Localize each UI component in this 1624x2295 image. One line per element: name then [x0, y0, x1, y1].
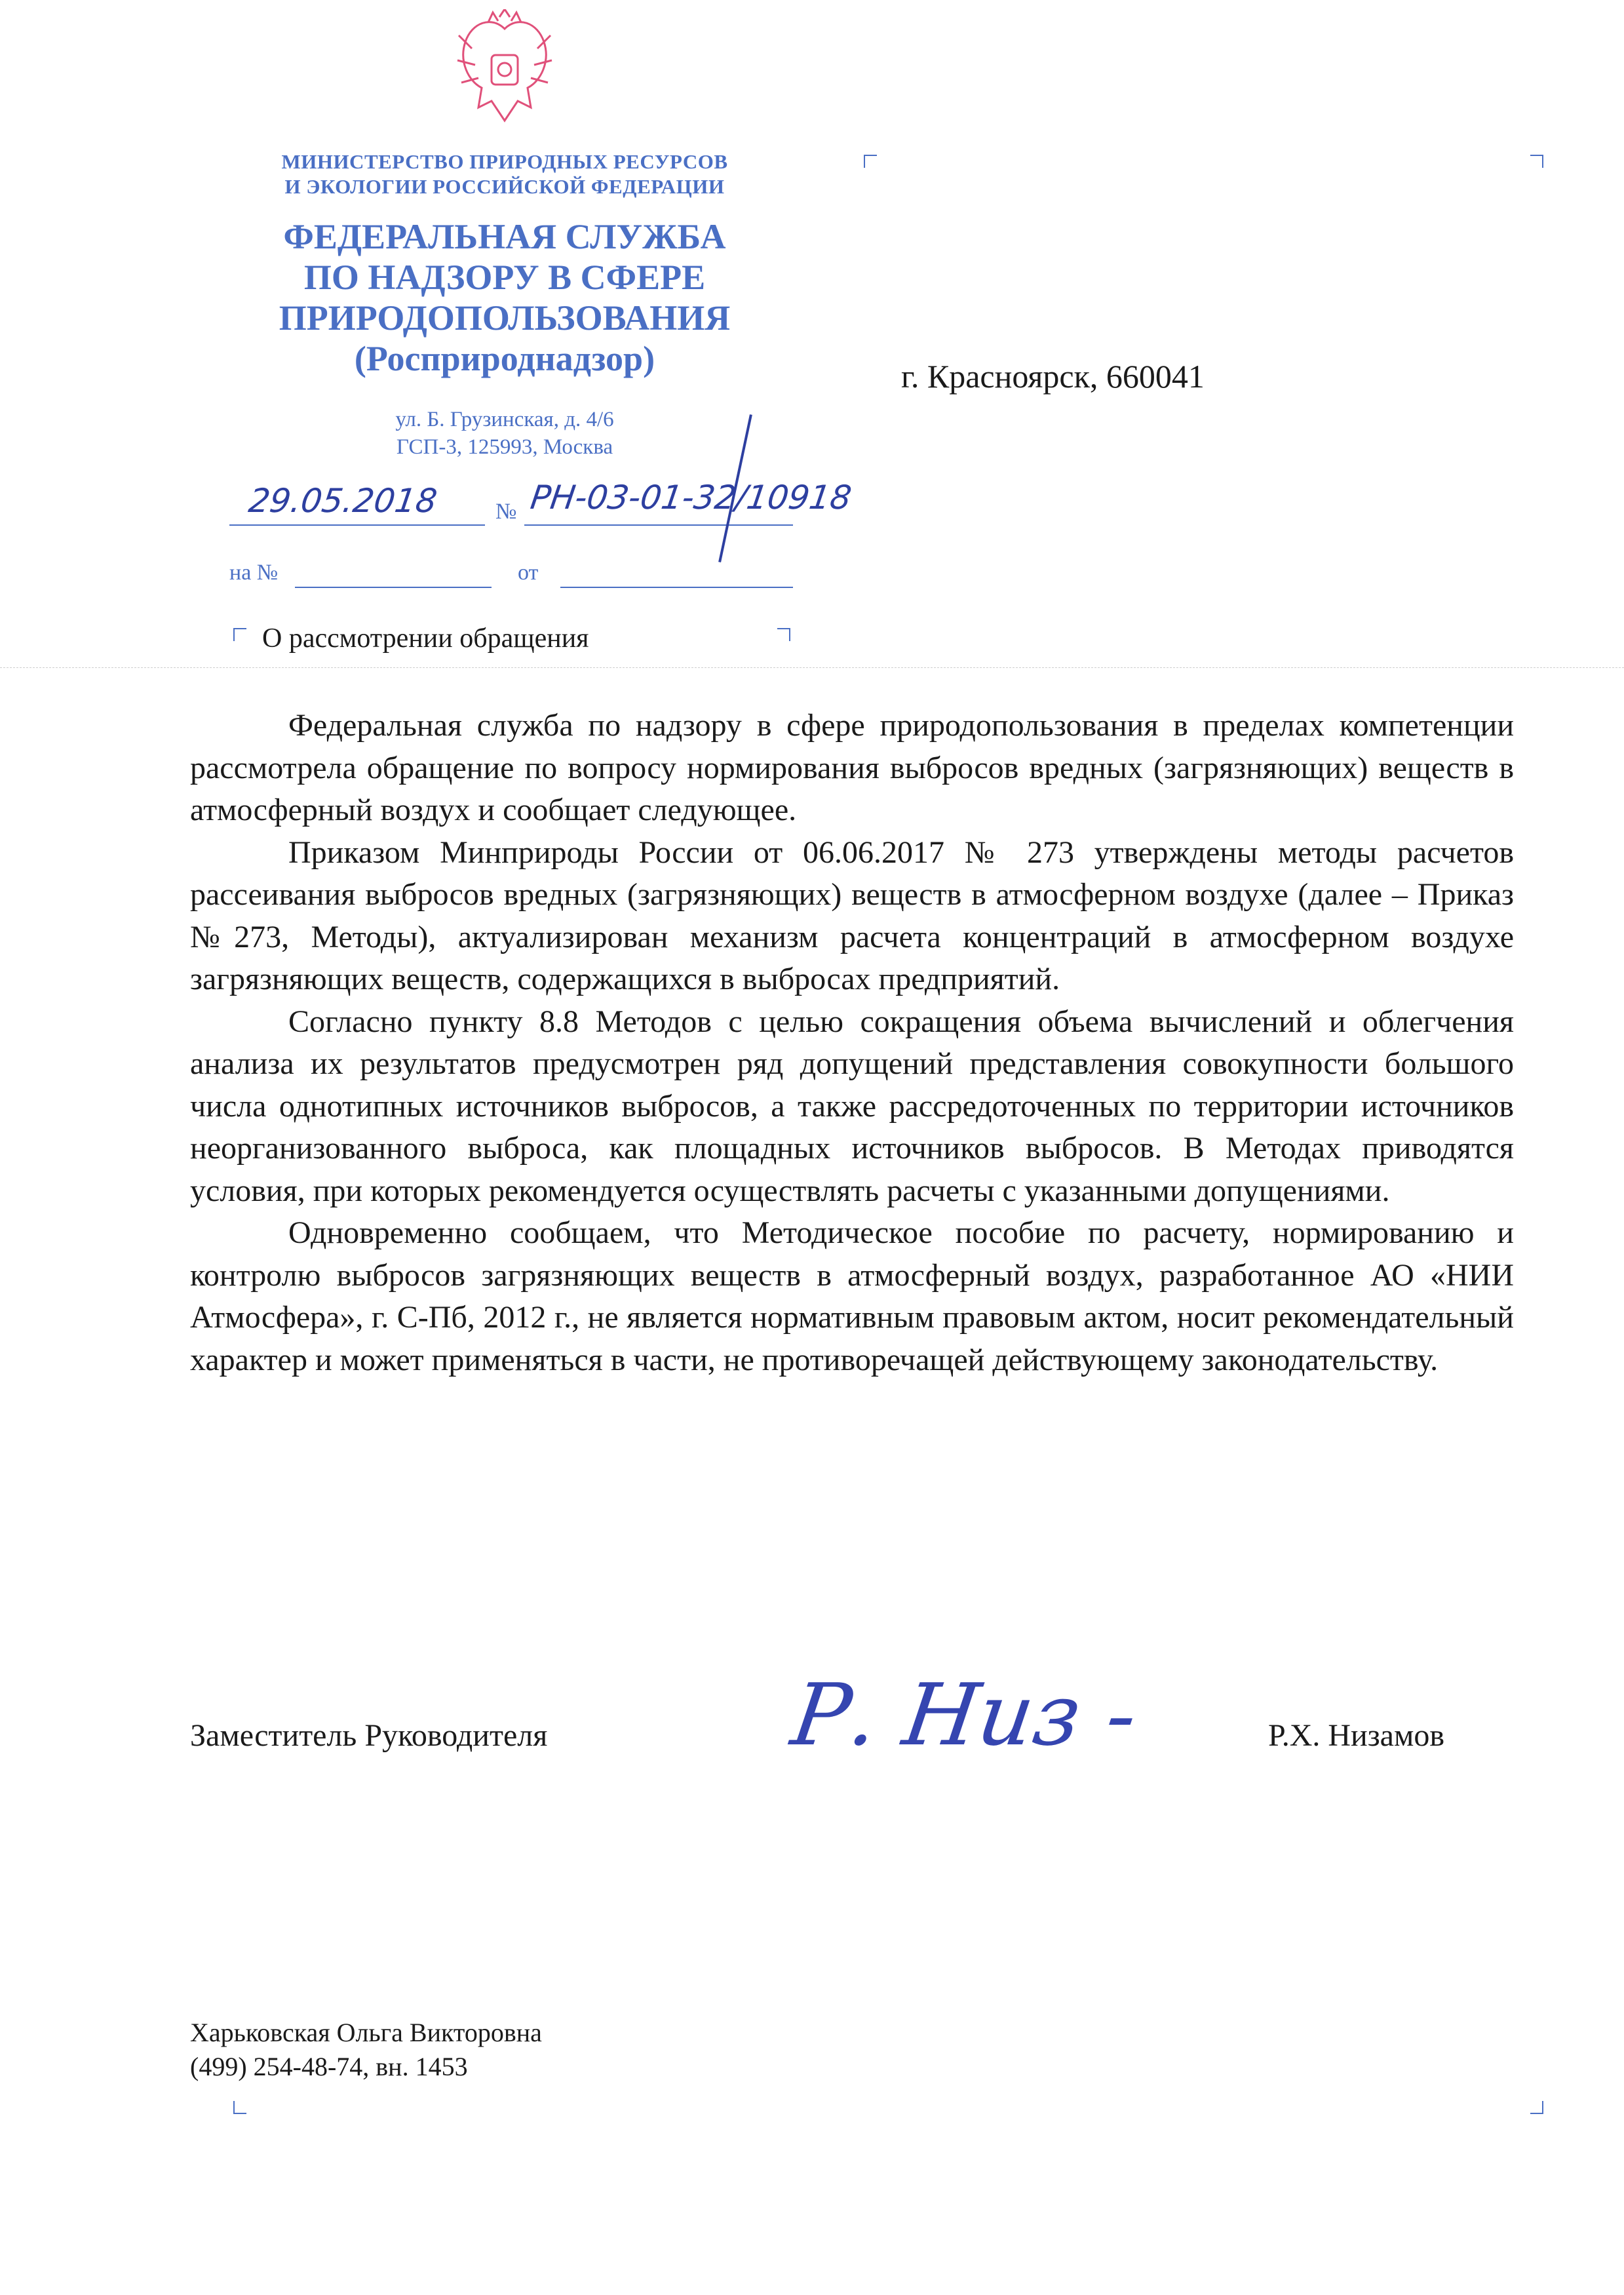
executor-name: Харьковская Ольга Викторовна	[190, 2016, 542, 2050]
footer-corner-left	[233, 2101, 246, 2114]
ministry-name-line1: МИНИСТЕРСТВО ПРИРОДНЫХ РЕСУРСОВ	[256, 149, 754, 174]
footer-corner-right	[1530, 2101, 1543, 2114]
fold-line	[0, 667, 1624, 668]
service-name-line1: ФЕДЕРАЛЬНАЯ СЛУЖБА	[236, 216, 773, 257]
recipient-city: г. Красноярск, 660041	[901, 357, 1205, 395]
number-underline	[524, 524, 793, 526]
service-short-name: (Росприроднадзор)	[236, 338, 773, 379]
paragraph-1: Федеральная служба по надзору в сфере пр…	[190, 705, 1514, 832]
coat-of-arms-icon	[452, 9, 557, 127]
address-line1: ул. Б. Грузинская, д. 4/6	[256, 405, 754, 434]
executor-phone: (499) 254-48-74, вн. 1453	[190, 2050, 468, 2084]
paragraph-3: Согласно пункту 8.8 Методов с целью сокр…	[190, 1001, 1514, 1213]
date-handwritten: 29.05.2018	[246, 482, 439, 520]
subject-corner-right	[777, 628, 790, 641]
number-label: №	[495, 500, 516, 524]
address-line2: ГСП-3, 125993, Москва	[256, 433, 754, 461]
ministry-name-line2: И ЭКОЛОГИИ РОССИЙСКОЙ ФЕДЕРАЦИИ	[256, 174, 754, 199]
subject-corner-left	[233, 628, 246, 641]
signatory-position: Заместитель Руководителя	[190, 1717, 547, 1754]
reference-number-field	[295, 587, 492, 588]
service-name-line2: ПО НАДЗОРУ В СФЕРЕ	[236, 257, 773, 298]
service-name-line3: ПРИРОДОПОЛЬЗОВАНИЯ	[236, 298, 773, 338]
reference-date-label: от	[518, 560, 538, 585]
signatory-name: Р.Х. Низамов	[1268, 1717, 1444, 1754]
paragraph-4: Одновременно сообщаем, что Методическое …	[190, 1212, 1514, 1381]
subject-line: О рассмотрении обращения	[262, 623, 589, 654]
number-handwritten: РН-03-01-32/10918	[528, 479, 854, 517]
letter-body: Федеральная служба по надзору в сфере пр…	[190, 705, 1514, 1381]
recipient-corner-tr	[1530, 155, 1543, 168]
date-underline	[229, 524, 485, 526]
handwritten-signature: Р. Низ -	[786, 1665, 1143, 1765]
reference-number-label: на №	[229, 560, 278, 585]
paragraph-2: Приказом Минприроды России от 06.06.2017…	[190, 832, 1514, 1001]
reference-date-field	[560, 587, 793, 588]
recipient-corner-tl	[864, 155, 877, 168]
